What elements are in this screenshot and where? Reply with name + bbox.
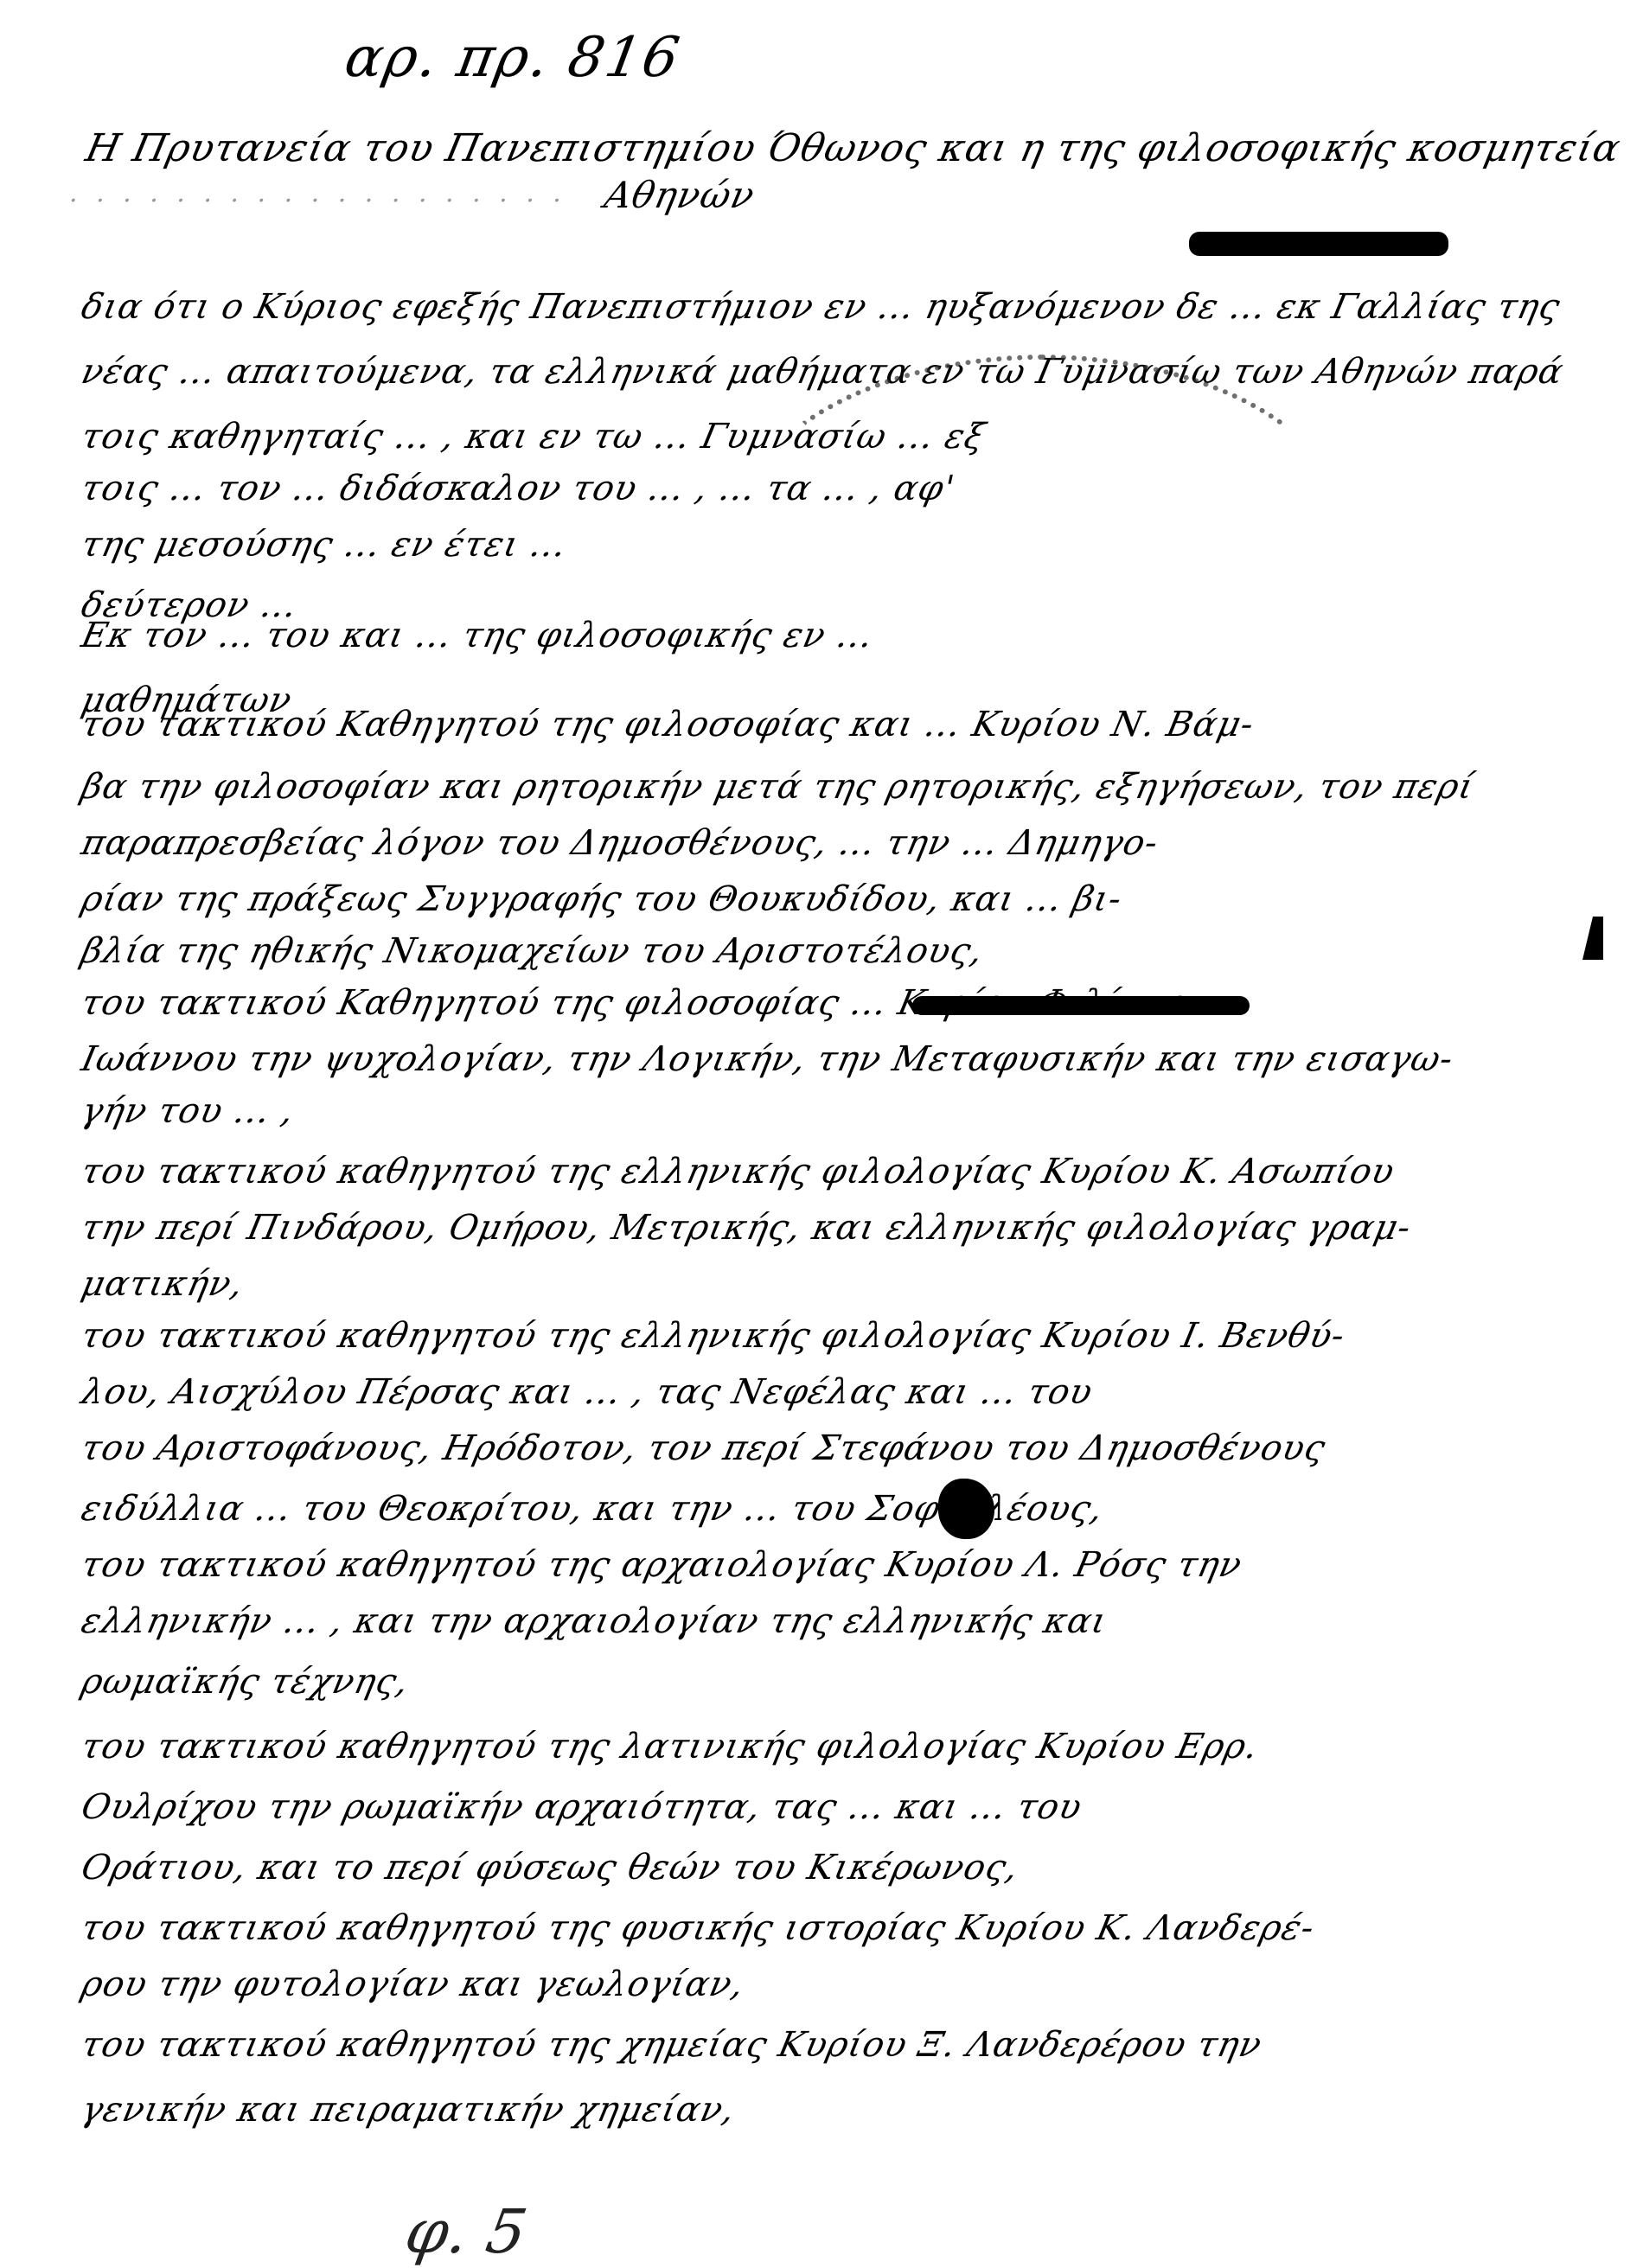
manuscript-line: του τακτικού καθηγητού της λατινικής φιλ… <box>79 1729 1617 1764</box>
manuscript-line: ρίαν της πράξεως Συγγραφής του Θουκυδίδο… <box>79 882 1617 917</box>
manuscript-line: του Αριστοφάνους, Ηρόδοτον, τον περί Στε… <box>79 1431 1617 1466</box>
manuscript-line: γήν του ... , <box>79 1094 1617 1128</box>
manuscript-line: βλία της ηθικής Νικομαχείων του Αριστοτέ… <box>79 934 1617 968</box>
signature: φ. 5 <box>400 2196 533 2267</box>
margin-mark <box>1582 917 1603 960</box>
manuscript-line: ελληνικήν ... , και την αρχαιολογίαν της… <box>79 1604 1617 1639</box>
manuscript-line: του τακτικού καθηγητού της φυσικής ιστορ… <box>79 1911 1617 1945</box>
manuscript-line: ρου την φυτολογίαν και γεωλογίαν, <box>79 1967 1617 2002</box>
manuscript-line: δια ότι ο Κύριος εφεξής Πανεπιστήμιον εν… <box>79 290 1617 324</box>
faded-text: · · · · · · · · · · · · · · · · · · · <box>69 186 566 216</box>
manuscript-line: ρωμαϊκής τέχνης, <box>79 1664 1617 1699</box>
manuscript-line: Οράτιου, και το περί φύσεως θεών του Κικ… <box>79 1850 1617 1885</box>
pencil-arc-mark <box>735 355 1351 711</box>
manuscript-line: του τακτικού καθηγητού της ελληνικής φιλ… <box>79 1154 1617 1189</box>
manuscript-page: αρ. πρ. 816 Η Πρυτανεία του Πανεπιστημίο… <box>0 0 1643 2268</box>
manuscript-line: Ουλρίχου την ρωμαϊκήν αρχαιότητα, τας ..… <box>79 1790 1617 1824</box>
manuscript-line: ματικήν, <box>79 1267 1617 1301</box>
ink-blot <box>938 1479 994 1539</box>
manuscript-line: ειδύλλια ... του Θεοκρίτου, και την ... … <box>79 1492 1617 1526</box>
manuscript-line: λου, Αισχύλου Πέρσας και ... , τας Νεφέλ… <box>79 1375 1617 1409</box>
strikethrough-mark <box>1189 232 1448 256</box>
reference-number: αρ. πρ. 816 <box>340 26 685 90</box>
manuscript-line: Ιωάννου την ψυχολογίαν, την Λογικήν, την… <box>79 1042 1617 1077</box>
manuscript-line: του τακτικού καθηγητού της χημείας Κυρίο… <box>79 2028 1617 2062</box>
manuscript-line: την περί Πινδάρου, Ομήρου, Μετρικής, και… <box>79 1211 1617 1245</box>
strikethrough-mark <box>912 996 1250 1015</box>
manuscript-line: γενικήν και πειραματικήν χημείαν, <box>79 2092 1617 2127</box>
manuscript-line: Εκ τον ... του και ... της φιλοσοφικής ε… <box>79 618 1617 653</box>
manuscript-line: νέας ... απαιτούμενα, τα ελληνικά μαθήμα… <box>79 355 1617 389</box>
manuscript-line: παραπρεσβείας λόγον του Δημοσθένους, ...… <box>79 826 1617 860</box>
title-continuation: Αθηνών <box>602 177 1643 214</box>
manuscript-line: του τακτικού καθηγητού της αρχαιολογίας … <box>79 1548 1617 1582</box>
manuscript-line: του τακτικού Καθηγητού της φιλοσοφίας κα… <box>79 707 1617 742</box>
manuscript-line: του τακτικού Καθηγητού της φιλοσοφίας ..… <box>79 986 1617 1020</box>
title-line: Η Πρυτανεία του Πανεπιστημίου Όθωνος και… <box>82 130 1621 168</box>
manuscript-line: του τακτικού καθηγητού της ελληνικής φιλ… <box>79 1319 1617 1353</box>
manuscript-line: βα την φιλοσοφίαν και ρητορικήν μετά της… <box>79 770 1617 804</box>
